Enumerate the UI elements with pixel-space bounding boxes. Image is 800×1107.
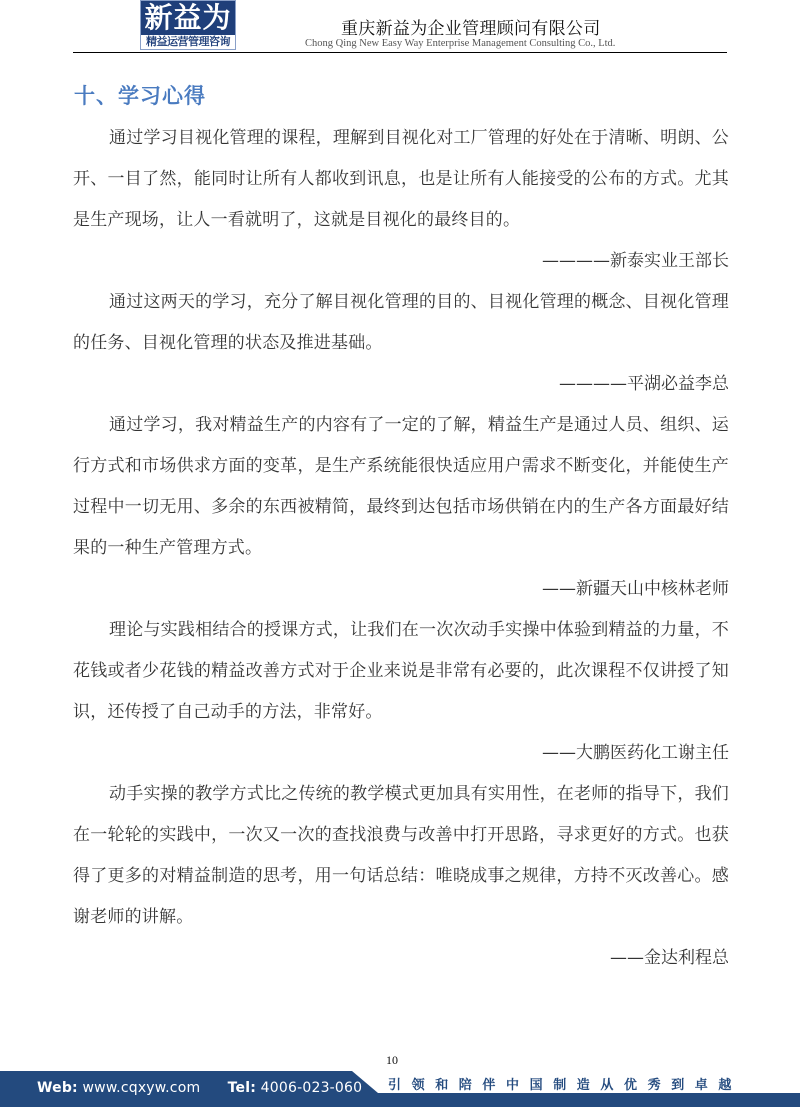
testimonial-text: 通过学习目视化管理的课程，理解到目视化对工厂管理的好处在于清晰、明朗、公开、一目…	[73, 118, 729, 241]
web-link[interactable]: www.cqxyw.com	[83, 1080, 201, 1096]
footer-slogan: 引领和陪伴中国制造从优秀到卓越	[388, 1074, 742, 1093]
testimonial-signature: ——大鹏医药化工谢主任	[73, 733, 729, 774]
page-header: 新益为 精益运营管理咨询 重庆新益为企业管理顾问有限公司 Chong Qing …	[0, 0, 800, 56]
page-number: 10	[386, 1053, 398, 1068]
testimonials: 通过学习目视化管理的课程，理解到目视化对工厂管理的好处在于清晰、明朗、公开、一目…	[73, 118, 729, 979]
company-logo: 新益为 精益运营管理咨询	[140, 0, 236, 50]
testimonial-text: 理论与实践相结合的授课方式，让我们在一次次动手实操中体验到精益的力量，不花钱或者…	[73, 610, 729, 733]
testimonial-text: 通过这两天的学习，充分了解目视化管理的目的、目视化管理的概念、目视化管理的任务、…	[73, 282, 729, 364]
testimonial-text: 动手实操的教学方式比之传统的教学模式更加具有实用性，在老师的指导下，我们在一轮轮…	[73, 774, 729, 938]
testimonial-text: 通过学习，我对精益生产的内容有了一定的了解，精益生产是通过人员、组织、运行方式和…	[73, 405, 729, 569]
company-name-cn: 重庆新益为企业管理顾问有限公司	[341, 14, 601, 39]
web-label: Web:	[37, 1080, 78, 1096]
tel-label: Tel:	[228, 1080, 256, 1096]
footer-contact: Web: www.cqxyw.com Tel: 4006-023-060	[37, 1080, 362, 1096]
header-divider	[73, 52, 727, 53]
testimonial-signature: ——新疆天山中核林老师	[73, 569, 729, 610]
testimonial-signature: ——金达利程总	[73, 938, 729, 979]
logo-sub-text: 精益运营管理咨询	[141, 35, 235, 49]
tel-number: 4006-023-060	[261, 1080, 363, 1096]
testimonial-signature: ————新泰实业王部长	[73, 241, 729, 282]
footer-band-right	[377, 1093, 800, 1107]
testimonial-signature: ————平湖必益李总	[73, 364, 729, 405]
section-title: 十、学习心得	[74, 80, 206, 110]
company-name-en: Chong Qing New Easy Way Enterprise Manag…	[305, 38, 615, 49]
logo-main-text: 新益为	[141, 1, 235, 35]
